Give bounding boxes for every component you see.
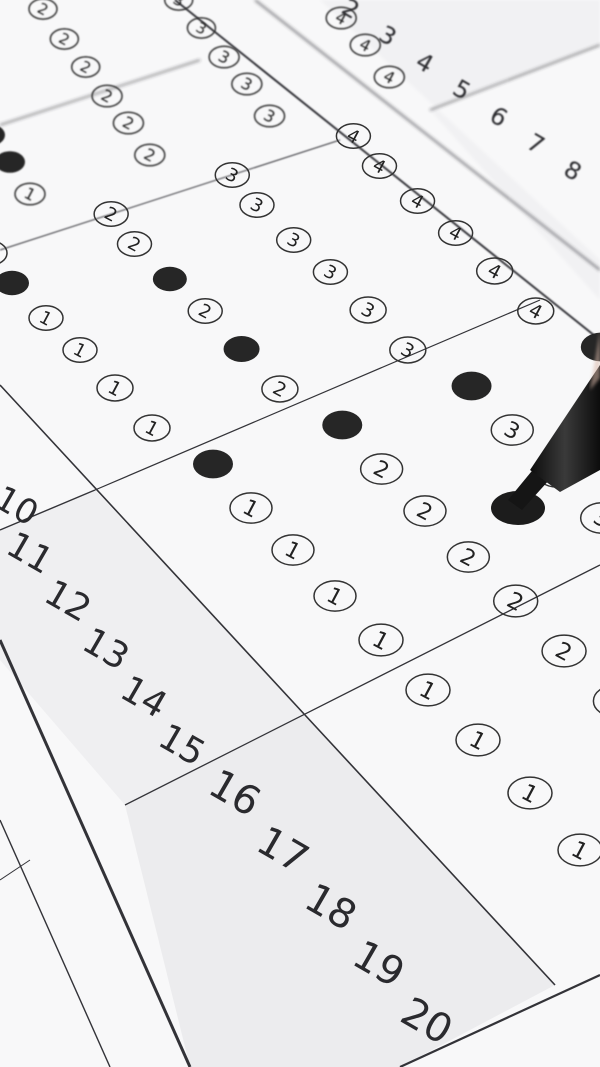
filled-bubble bbox=[322, 411, 362, 440]
filled-bubble bbox=[452, 372, 492, 401]
answer-sheet-photo: 2231232342341234123423413412341341234123… bbox=[0, 0, 600, 1067]
filled-bubble bbox=[224, 336, 260, 362]
filled-bubble bbox=[153, 267, 187, 291]
filled-bubble bbox=[193, 450, 233, 479]
